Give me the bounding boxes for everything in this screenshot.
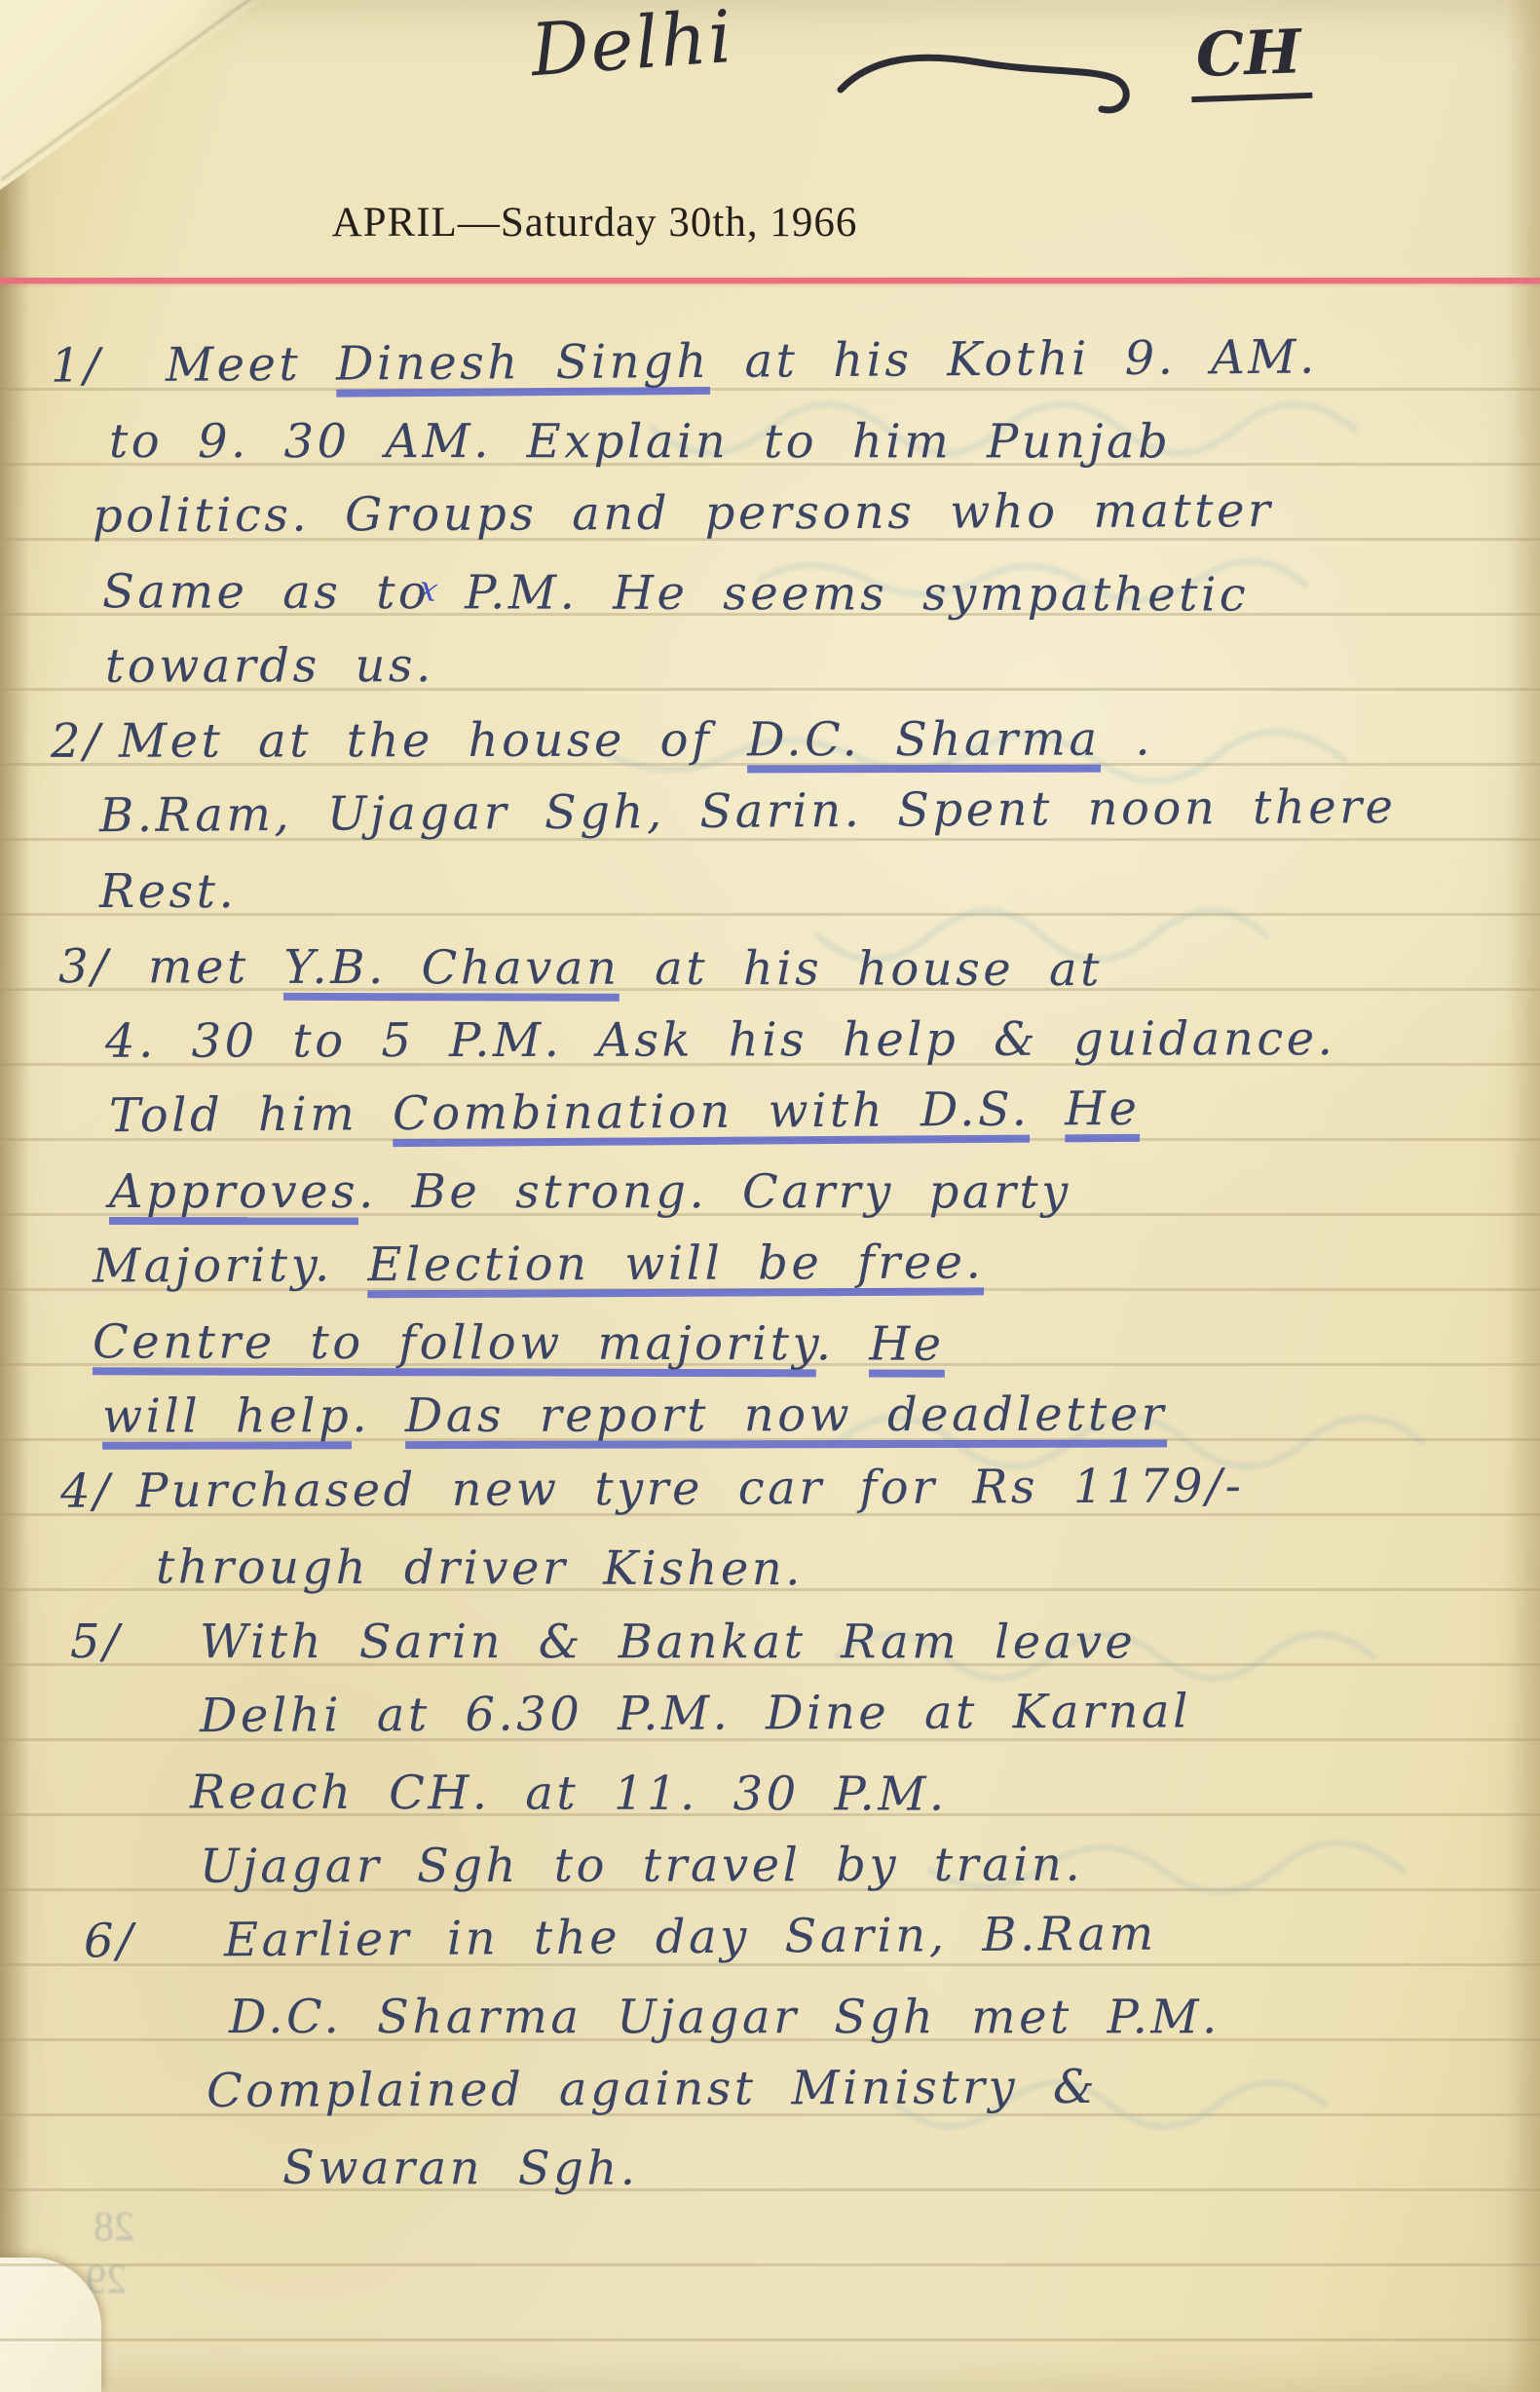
handwriting-text: Delhi at 6.30 P.M. Dine at Karnal (200, 1684, 1191, 1743)
diary-line: Delhi at 6.30 P.M. Dine at Karnal (0, 1673, 1540, 1755)
entry-number: 1/ (51, 328, 103, 403)
bleed-through-page-number: 29 (86, 2257, 127, 2303)
diary-line: Swaran Sgh. (0, 2130, 1540, 2209)
handwriting-text: Swaran Sgh. (282, 2141, 639, 2196)
handwriting-text: Reach CH. at 11. 30 P.M. (190, 1766, 948, 1822)
printed-date-header: APRIL—Saturday 30th, 1966 (0, 199, 1365, 247)
handwriting-text: . (816, 1316, 870, 1371)
diary-line: 6/Earlier in the day Sarin, B.Ram (0, 1894, 1540, 1980)
handwriting-text: to 9. 30 AM. Explain to him Punjab (109, 414, 1171, 469)
diary-line: towards us. (0, 626, 1540, 704)
underlined-phrase: Approves (109, 1164, 358, 1227)
handwriting-text: Same as to P.M. He seems sympathetic (102, 564, 1249, 622)
diary-line: Ujagar Sgh to travel by train. (0, 1827, 1540, 1905)
diary-line: Rest. (0, 854, 1540, 930)
diary-entries: 1/Meet Dinesh Singh at his Kothi 9. AM.t… (0, 329, 1540, 2205)
diary-line: through driver Kishen. (0, 1530, 1540, 1609)
handwriting-text: Complained against Ministry & (207, 2060, 1098, 2118)
handwriting-text: Told him (109, 1086, 393, 1143)
handwriting-text: at his house at (620, 941, 1103, 997)
diary-line: Reach CH. at 11. 30 P.M. (0, 1755, 1540, 1834)
handwriting-text (1030, 1082, 1065, 1136)
handwriting-text: D.C. Sharma Ujagar Sgh met P.M. (229, 1990, 1221, 2044)
underlined-phrase: Election will be free. (367, 1234, 984, 1300)
handwritten-location: Delhi (528, 0, 736, 93)
handwriting-text: . (1101, 712, 1154, 767)
diary-page: 28 29 Delhi CH APRIL—Saturday 30th, 1966… (0, 0, 1540, 2392)
handwriting-text: Rest. (99, 864, 237, 919)
handwriting-text: Earlier in the day Sarin, B.Ram (224, 1907, 1157, 1968)
handwritten-monogram: CH (1189, 16, 1313, 102)
bleed-through-page-number: 28 (94, 2204, 134, 2251)
handwriting-text: at his Kothi 9. AM. (710, 330, 1318, 389)
handwriting-text: B.Ram, Ujagar Sgh, Sarin. Spent noon the… (99, 779, 1397, 843)
diary-line: 4/Purchased new tyre car for Rs 1179/- (0, 1448, 1540, 1530)
entry-number: 4/ (60, 1454, 113, 1529)
underlined-phrase: He (869, 1316, 944, 1379)
underlined-phrase: Y.B. Chavan (283, 940, 620, 1004)
underlined-phrase: will help (102, 1388, 352, 1452)
diary-line: Same as to P.M. He seems sympathetic (0, 554, 1540, 633)
handwriting-text: With Sarin & Bankat Ram leave (200, 1614, 1136, 1669)
handwriting-text: Met at the house of (119, 712, 747, 768)
diary-line: D.C. Sharma Ujagar Sgh met P.M. (0, 1980, 1540, 2056)
diary-line: 1/Meet Dinesh Singh at his Kothi 9. AM. (0, 319, 1540, 404)
entry-number: 3/ (58, 930, 111, 1005)
red-divider-rule (0, 278, 1540, 284)
underlined-phrase: D.C. Sharma (747, 712, 1101, 776)
underlined-phrase: Centre to follow majority (93, 1314, 816, 1379)
diary-line: Complained against Ministry & (0, 2048, 1540, 2130)
handwriting-text: 4. 30 to 5 P.M. Ask his help & guidance. (105, 1011, 1335, 1069)
diary-line: 3/met Y.B. Chavan at his house at (0, 930, 1540, 1008)
top-left-corner-fold (0, 0, 263, 190)
pen-flourish (833, 39, 1145, 127)
entry-number: 5/ (70, 1605, 123, 1680)
underlined-phrase: Das report now deadletter (405, 1386, 1167, 1451)
diary-line: Told him Combination with D.S. He (0, 1069, 1540, 1155)
diary-line: Centre to follow majority. He (0, 1305, 1540, 1384)
diary-line: 4. 30 to 5 P.M. Ask his help & guidance. (0, 1002, 1540, 1080)
handwriting-text: . (352, 1388, 405, 1443)
diary-line: Approves. Be strong. Carry party (0, 1155, 1540, 1231)
handwriting-text: through driver Kishen. (156, 1539, 804, 1596)
underlined-phrase: Dinesh Singh (336, 334, 710, 399)
handwriting-text: Meet (166, 337, 336, 393)
underlined-phrase: Combination with D.S. (393, 1082, 1031, 1150)
handwriting-text: Majority. (93, 1237, 368, 1293)
handwriting-text: met (148, 939, 284, 994)
handwriting-text: Ujagar Sgh to travel by train. (200, 1838, 1083, 1894)
diary-line: to 9. 30 AM. Explain to him Punjab (0, 404, 1540, 480)
diary-line: 2/Met at the house of D.C. Sharma . (0, 702, 1540, 779)
diary-line: Majority. Election will be free. (0, 1223, 1540, 1305)
handwriting-text: politics. Groups and persons who matter (93, 483, 1274, 544)
entry-number: 6/ (84, 1904, 136, 1979)
diary-line: B.Ram, Ujagar Sgh, Sarin. Spent noon the… (0, 769, 1540, 854)
diary-line: politics. Groups and persons who matter (0, 473, 1540, 554)
handwriting-text: Purchased new tyre car for Rs 1179/- (136, 1459, 1245, 1518)
diary-line: will help. Das report now deadletter (0, 1377, 1540, 1455)
handwriting-text: . Be strong. Carry party (358, 1164, 1071, 1219)
entry-number: 2/ (51, 704, 103, 779)
underlined-phrase: He (1065, 1082, 1141, 1145)
handwriting-text: towards us. (105, 638, 434, 694)
diary-line: 5/With Sarin & Bankat Ram leave (0, 1605, 1540, 1681)
